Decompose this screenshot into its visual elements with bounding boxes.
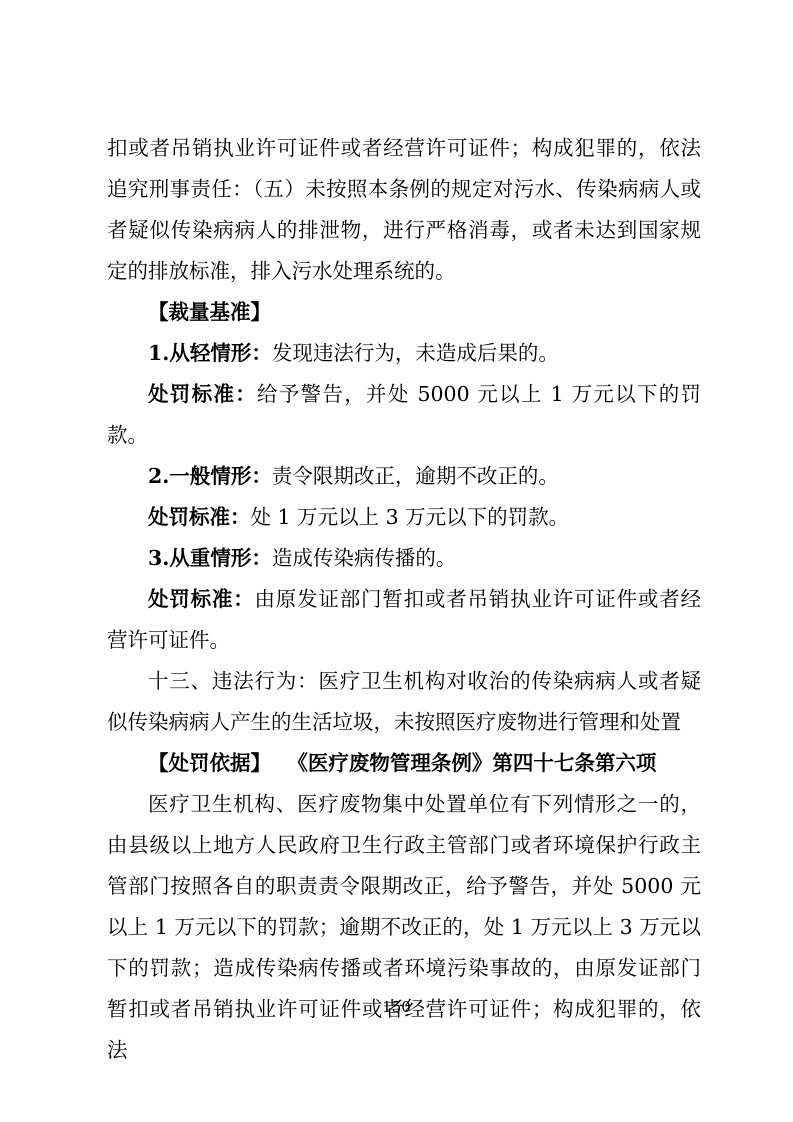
heading-discretion-basis: 【裁量基准】: [107, 292, 701, 333]
document-page: 扣或者吊销执业许可证件或者经营许可证件；构成犯罪的，依法追究刑事责任：（五）未按…: [0, 0, 793, 1122]
paragraph-text: 扣或者吊销执业许可证件或者经营许可证件；构成犯罪的，依法追究刑事责任：（五）未按…: [107, 136, 701, 283]
paragraph-text: 医疗卫生机构、医疗废物集中处置单位有下列情形之一的，由县级以上地方人民政府卫生行…: [107, 792, 701, 1062]
item-1-penalty-standard: 处罚标准：给予警告，并处 5000 元以上 1 万元以下的罚款。: [107, 374, 701, 456]
item-3-penalty-standard: 处罚标准：由原发证部门暂扣或者吊销执业许可证件或者经营许可证件。: [107, 579, 701, 661]
item-text: 造成传染病传播的。: [272, 546, 457, 570]
item-2-general-circumstance: 2.一般情形：责令限期改正，逾期不改正的。: [107, 456, 701, 497]
item-1-light-circumstance: 1.从轻情形：发现违法行为，未造成后果的。: [107, 333, 701, 374]
heading-penalty-basis: 【处罚依据】《医疗废物管理条例》第四十七条第六项: [107, 743, 701, 784]
item-2-penalty-standard: 处罚标准：处 1 万元以上 3 万元以下的罚款。: [107, 497, 701, 538]
page-number: 150: [0, 998, 793, 1016]
item-text: 发现违法行为，未造成后果的。: [272, 341, 559, 365]
document-body: 扣或者吊销执业许可证件或者经营许可证件；构成犯罪的，依法追究刑事责任：（五）未按…: [107, 128, 701, 1071]
item-label: 处罚标准：: [148, 382, 257, 406]
item-text: 处 1 万元以上 3 万元以下的罚款。: [251, 505, 570, 529]
paragraph-continuation: 扣或者吊销执业许可证件或者经营许可证件；构成犯罪的，依法追究刑事责任：（五）未按…: [107, 128, 701, 292]
item-label: 处罚标准：: [148, 587, 255, 611]
item-text: 责令限期改正，逾期不改正的。: [272, 464, 559, 488]
paragraph-violation-13: 十三、违法行为：医疗卫生机构对收治的传染病病人或者疑似传染病病人产生的生活垃圾，…: [107, 661, 701, 743]
item-label: 处罚标准：: [148, 505, 251, 529]
item-label: 1.从轻情形：: [148, 341, 272, 365]
item-label: 2.一般情形：: [148, 464, 272, 488]
regulation-reference: 《医疗废物管理条例》第四十七条第六项: [298, 751, 657, 775]
item-label: 3.从重情形：: [148, 546, 272, 570]
heading-label: 【处罚依据】: [148, 751, 271, 775]
heading-text: 【裁量基准】: [148, 300, 271, 324]
paragraph-text: 十三、违法行为：医疗卫生机构对收治的传染病病人或者疑似传染病病人产生的生活垃圾，…: [107, 669, 701, 734]
item-3-severe-circumstance: 3.从重情形：造成传染病传播的。: [107, 538, 701, 579]
paragraph-penalty-provision: 医疗卫生机构、医疗废物集中处置单位有下列情形之一的，由县级以上地方人民政府卫生行…: [107, 784, 701, 1071]
